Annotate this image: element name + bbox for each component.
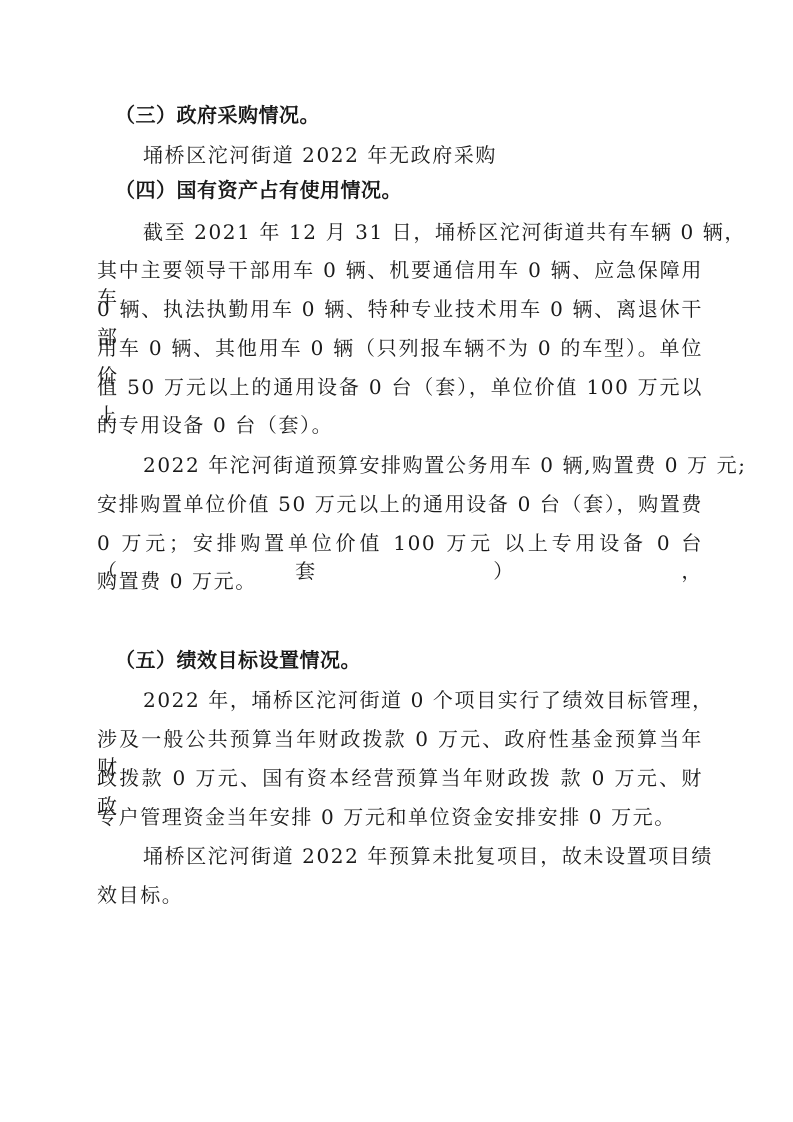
paragraph-line: 2022 年，埇桥区沱河街道 0 个项目实行了绩效目标管理， [143,686,703,714]
paragraph-line: 埇桥区沱河街道 2022 年无政府采购 [143,141,749,169]
paragraph-line: 专户管理资金当年安排 0 万元和单位资金安排安排 0 万元。 [97,803,703,831]
paragraph-line: 的专用设备 0 台（套）。 [97,411,703,439]
paragraph-line: 截至 2021 年 12 月 31 日，埇桥区沱河街道共有车辆 0 辆， [143,218,703,246]
paragraph-line: 埇桥区沱河街道 2022 年预算未批复项目，故未设置项目绩 [143,842,703,870]
paragraph-line: 效目标。 [97,881,703,909]
section-heading-performance: （五）绩效目标设置情况。 [115,646,721,674]
paragraph-line: 安排购置单位价值 50 万元以上的通用设备 0 台（套），购置费 [97,490,703,518]
section-heading-assets: （四）国有资产占有使用情况。 [115,176,721,204]
paragraph-line: 2022 年沱河街道预算安排购置公务用车 0 辆,购置费 0 万 元; [143,451,703,479]
section-heading-procurement: （三）政府采购情况。 [115,101,721,129]
paragraph-line: 购置费 0 万元。 [97,567,703,595]
